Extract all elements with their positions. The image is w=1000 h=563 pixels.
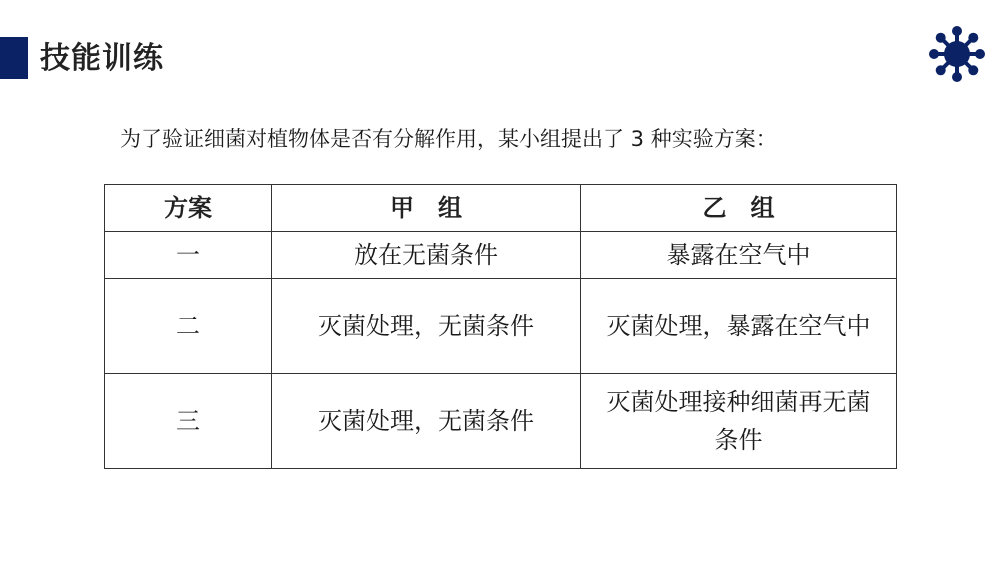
table-row: 三 灭菌处理，无菌条件 灭菌处理接种细菌再无菌条件 — [105, 374, 897, 469]
cell-plan: 三 — [105, 374, 272, 469]
title-accent-bar — [0, 37, 28, 79]
cell-group-b: 灭菌处理接种细菌再无菌条件 — [581, 374, 897, 469]
cell-plan: 二 — [105, 279, 272, 374]
header-plan: 方案 — [105, 185, 272, 232]
cell-group-a: 灭菌处理，无菌条件 — [272, 374, 581, 469]
table-row: 一 放在无菌条件 暴露在空气中 — [105, 232, 897, 279]
cell-plan: 一 — [105, 232, 272, 279]
table-header-row: 方案 甲 组 乙 组 — [105, 185, 897, 232]
cell-group-b: 灭菌处理，暴露在空气中 — [581, 279, 897, 374]
experiment-plan-table: 方案 甲 组 乙 组 一 放在无菌条件 暴露在空气中 二 灭菌处理，无菌条件 灭… — [104, 184, 897, 469]
table-row: 二 灭菌处理，无菌条件 灭菌处理，暴露在空气中 — [105, 279, 897, 374]
intro-paragraph: 为了验证细菌对植物体是否有分解作用，某小组提出了 3 种实验方案： — [120, 124, 777, 154]
page-title: 技能训练 — [40, 38, 164, 80]
header-group-a: 甲 组 — [272, 185, 581, 232]
cell-group-a: 放在无菌条件 — [272, 232, 581, 279]
cell-group-a: 灭菌处理，无菌条件 — [272, 279, 581, 374]
header-group-b: 乙 组 — [581, 185, 897, 232]
virus-icon — [928, 25, 986, 83]
cell-group-b: 暴露在空气中 — [581, 232, 897, 279]
